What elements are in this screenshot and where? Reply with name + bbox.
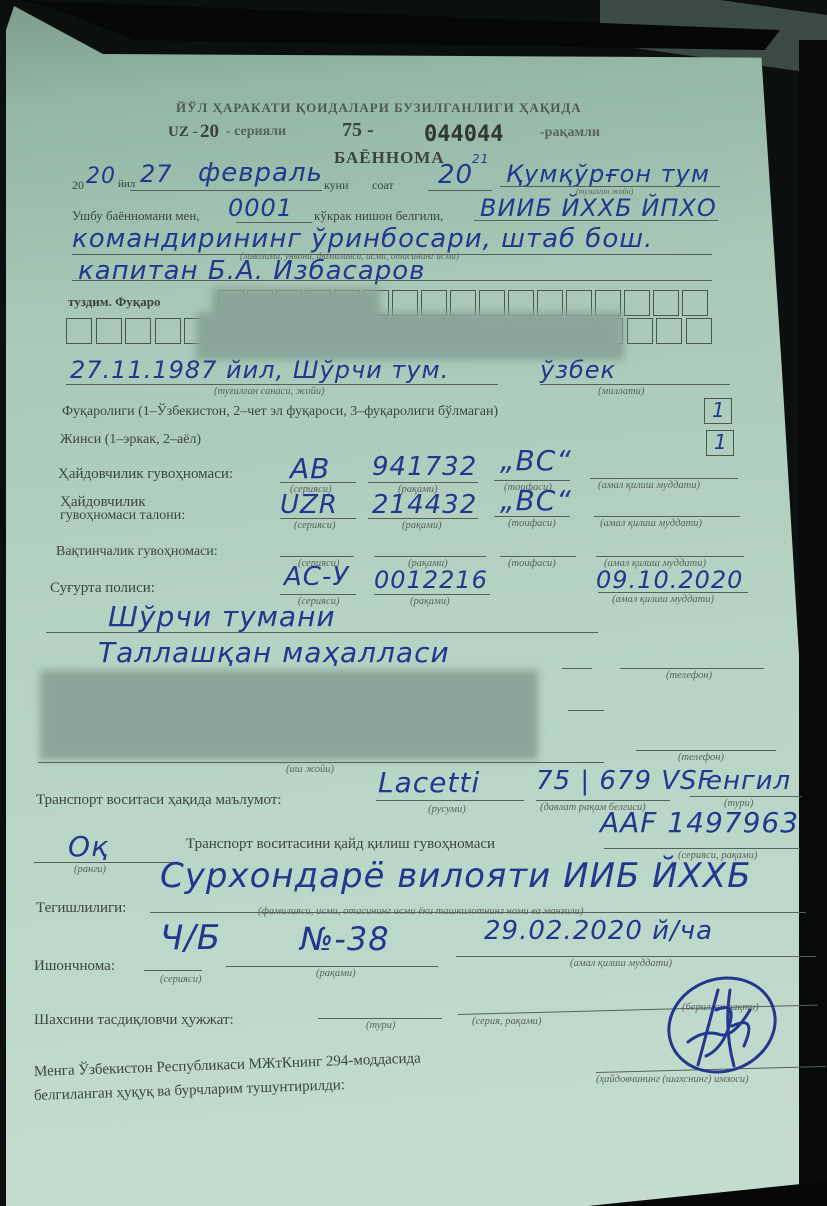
license-category-line (494, 480, 570, 481)
talon-validity-caption: (амал қилиш муддати) (600, 518, 702, 529)
talon-validity-line (594, 516, 740, 517)
officer-position-handwritten: командирининг ўринбосари, штаб бош. (72, 224, 653, 254)
identity-type-line (318, 1018, 442, 1019)
talon-number-caption: (рақами) (402, 520, 442, 531)
insurance-series-handwritten: АС-У (284, 562, 349, 592)
year-handwritten: 20 (86, 164, 116, 189)
talon-category-caption: (тоифаси) (508, 518, 556, 529)
proxy-series-caption: (серияси) (160, 974, 201, 985)
identity-series-caption: (серия, рақами) (472, 1016, 541, 1027)
series-label: - серияли (226, 124, 286, 140)
talon-label-2: гувоҳномаси талони: (60, 508, 185, 524)
proxy-number-line (226, 966, 438, 967)
phone-caption-2: (телефон) (678, 752, 724, 763)
vehicle-model-line (376, 800, 524, 801)
phone-caption-1: (телефон) (666, 670, 712, 681)
name-char-box (96, 318, 122, 344)
temporary-category-line (500, 556, 576, 557)
name-char-box (656, 318, 682, 344)
proxy-series-line (144, 970, 202, 971)
proxy-series-handwritten: Ч/Б (160, 918, 221, 958)
form-number: 044044 (424, 122, 503, 147)
address-line1-handwritten: Шўрчи тумани (108, 600, 336, 633)
identity-label: Шахсини тасдиқловчи ҳужжат: (34, 1012, 234, 1029)
identity-type-caption: (тури) (366, 1020, 395, 1031)
year-prefix: 20 (72, 178, 84, 193)
number-prefix: 75 - (342, 119, 374, 142)
vehicle-color-caption: (ранги) (74, 864, 106, 875)
date-line (130, 190, 322, 191)
series-code: 20 (200, 121, 219, 143)
hour-handwritten: 20 (438, 160, 473, 190)
talon-category-handwritten: „BC“ (500, 484, 572, 517)
day-label: куни (324, 178, 349, 193)
temporary-series-line (280, 556, 354, 557)
nationality-handwritten: ўзбек (540, 356, 616, 384)
talon-number-line (368, 518, 478, 519)
day-handwritten: 27 (140, 160, 173, 188)
badge-handwritten: 0001 (228, 194, 293, 222)
vehicle-model-handwritten: Lacetti (378, 766, 480, 799)
name-char-box (627, 318, 653, 344)
badge-label: кўкрак нишон белгили, (314, 208, 443, 224)
license-series-line (280, 482, 356, 483)
insurance-series-line (280, 594, 356, 595)
phone-line-1 (620, 668, 764, 669)
insurance-label: Суғурта полиси: (50, 580, 155, 597)
license-category-handwritten: „BC“ (500, 444, 572, 477)
address-line2-handwritten: Таллашқан маҳалласи (98, 636, 450, 669)
owner-handwritten: Сурхондарё вилояти ИИБ ЙХХБ (160, 856, 751, 896)
talon-series-handwritten: UZR (280, 490, 338, 520)
gender-value: 1 (714, 430, 728, 454)
citizenship-label: Фуқаролиги (1–Ўзбекистон, 2–чет эл фуқар… (62, 404, 498, 420)
work-line (38, 762, 604, 763)
vehicle-color-handwritten: Оқ (68, 830, 109, 863)
driver-signature (658, 970, 788, 1080)
name-char-box (624, 290, 650, 316)
address-line-3-end (568, 710, 604, 711)
vehicle-type-line (690, 796, 802, 797)
vehicle-type-handwritten: енгил (706, 766, 791, 796)
birth-handwritten: 27.11.1987 йил, Шўрчи тум. (70, 356, 449, 384)
vehicle-label: Транспорт воситаси ҳақида маълумот: (36, 792, 282, 809)
proxy-number-handwritten: №-38 (300, 920, 390, 958)
insurance-validity-handwritten: 09.10.2020 (596, 566, 743, 594)
license-validity-line (590, 478, 738, 479)
vehicle-registration-handwritten: AAF 1497963 (600, 806, 799, 839)
time-label: соат (372, 178, 394, 193)
birth-line (66, 384, 498, 385)
number-label: -рақамли (540, 125, 600, 141)
minute-handwritten: 21 (472, 152, 489, 166)
vehicle-plate-handwritten: 75 | 679 VSF (536, 766, 714, 796)
officer-rank-name-handwritten: капитан Б.А. Избасаров (78, 256, 426, 286)
redacted-name-2 (196, 312, 624, 360)
license-validity-caption: (амал қилиш муддати) (598, 480, 700, 491)
owner-label: Тегишлилиги: (36, 900, 126, 917)
proxy-number-caption: (рақами) (316, 968, 356, 979)
year-label: йил (118, 178, 135, 190)
temporary-label: Вақтинчалик гувоҳномаси: (56, 544, 218, 560)
name-char-box (686, 318, 712, 344)
right-dark-edge (799, 40, 827, 1206)
address-line-2-end (562, 668, 592, 669)
vehicle-color-line (34, 862, 178, 863)
temporary-category-caption: (тоифаси) (508, 558, 556, 569)
redacted-address (40, 670, 538, 760)
name-char-box (653, 290, 679, 316)
proxy-validity-line (456, 956, 816, 957)
vehicle-model-caption: (русуми) (428, 804, 466, 815)
insurance-number-handwritten: 0012216 (374, 566, 488, 594)
series-prefix: UZ - (168, 124, 198, 141)
license-number-line (368, 482, 478, 483)
nationality-caption: (миллати) (598, 386, 644, 397)
work-caption: (иш жойи) (286, 764, 334, 775)
temporary-number-line (374, 556, 486, 557)
talon-category-line (494, 516, 570, 517)
talon-series-line (280, 518, 356, 519)
address-line-1 (46, 632, 598, 633)
talon-series-caption: (серияси) (294, 520, 335, 531)
vehicle-registration-line (604, 848, 800, 849)
gender-label: Жинси (1–эркак, 2–аёл) (60, 432, 201, 448)
insurance-validity-caption: (амал қилиш муддати) (612, 594, 714, 605)
officer-intro-label: Ушбу баённомани мен, (72, 208, 200, 224)
name-char-box (125, 318, 151, 344)
proxy-validity-caption: (амал қилиш муддати) (570, 958, 672, 969)
insurance-number-caption: (рақами) (410, 596, 450, 607)
citizen-label: туздим. Фуқаро (68, 294, 161, 310)
vehicle-plate-line (536, 800, 670, 801)
officer-line-1 (474, 220, 718, 221)
officer-line-3 (72, 280, 712, 281)
phone-line-2 (636, 750, 776, 751)
nationality-line (540, 384, 730, 385)
place-handwritten: Қумқўрғон тум (506, 160, 710, 188)
proxy-label: Ишончнома: (34, 958, 115, 975)
name-char-box (155, 318, 181, 344)
license-label: Ҳайдовчилик гувоҳномаси: (58, 466, 233, 483)
name-char-box (66, 318, 92, 344)
time-line (428, 190, 492, 191)
form-header-title: ЙЎЛ ҲАРАКАТИ ҚОИДАЛАРИ БУЗИЛГАНЛИГИ ҲАҚИ… (176, 100, 582, 116)
badge-line (236, 222, 312, 223)
insurance-number-line (374, 594, 490, 595)
license-series-handwritten: AB (290, 452, 330, 485)
document-title: БАЁННОМА (334, 148, 445, 168)
license-number-handwritten: 941732 (372, 452, 477, 482)
citizenship-value: 1 (712, 398, 726, 422)
proxy-validity-handwritten: 29.02.2020 й/ча (484, 916, 713, 946)
officer-unit-handwritten: ВИИБ ЙХХБ ЙПХО (480, 194, 717, 222)
vehicle-registration-label: Транспорт воситасини қайд қилиш гувоҳном… (186, 836, 495, 853)
talon-number-handwritten: 214432 (372, 490, 477, 520)
temporary-validity-line (596, 556, 744, 557)
month-handwritten: февраль (198, 158, 323, 188)
name-char-box (682, 290, 708, 316)
birth-caption: (туғилган санаси, жойи) (214, 386, 325, 397)
insurance-validity-line (598, 592, 748, 593)
